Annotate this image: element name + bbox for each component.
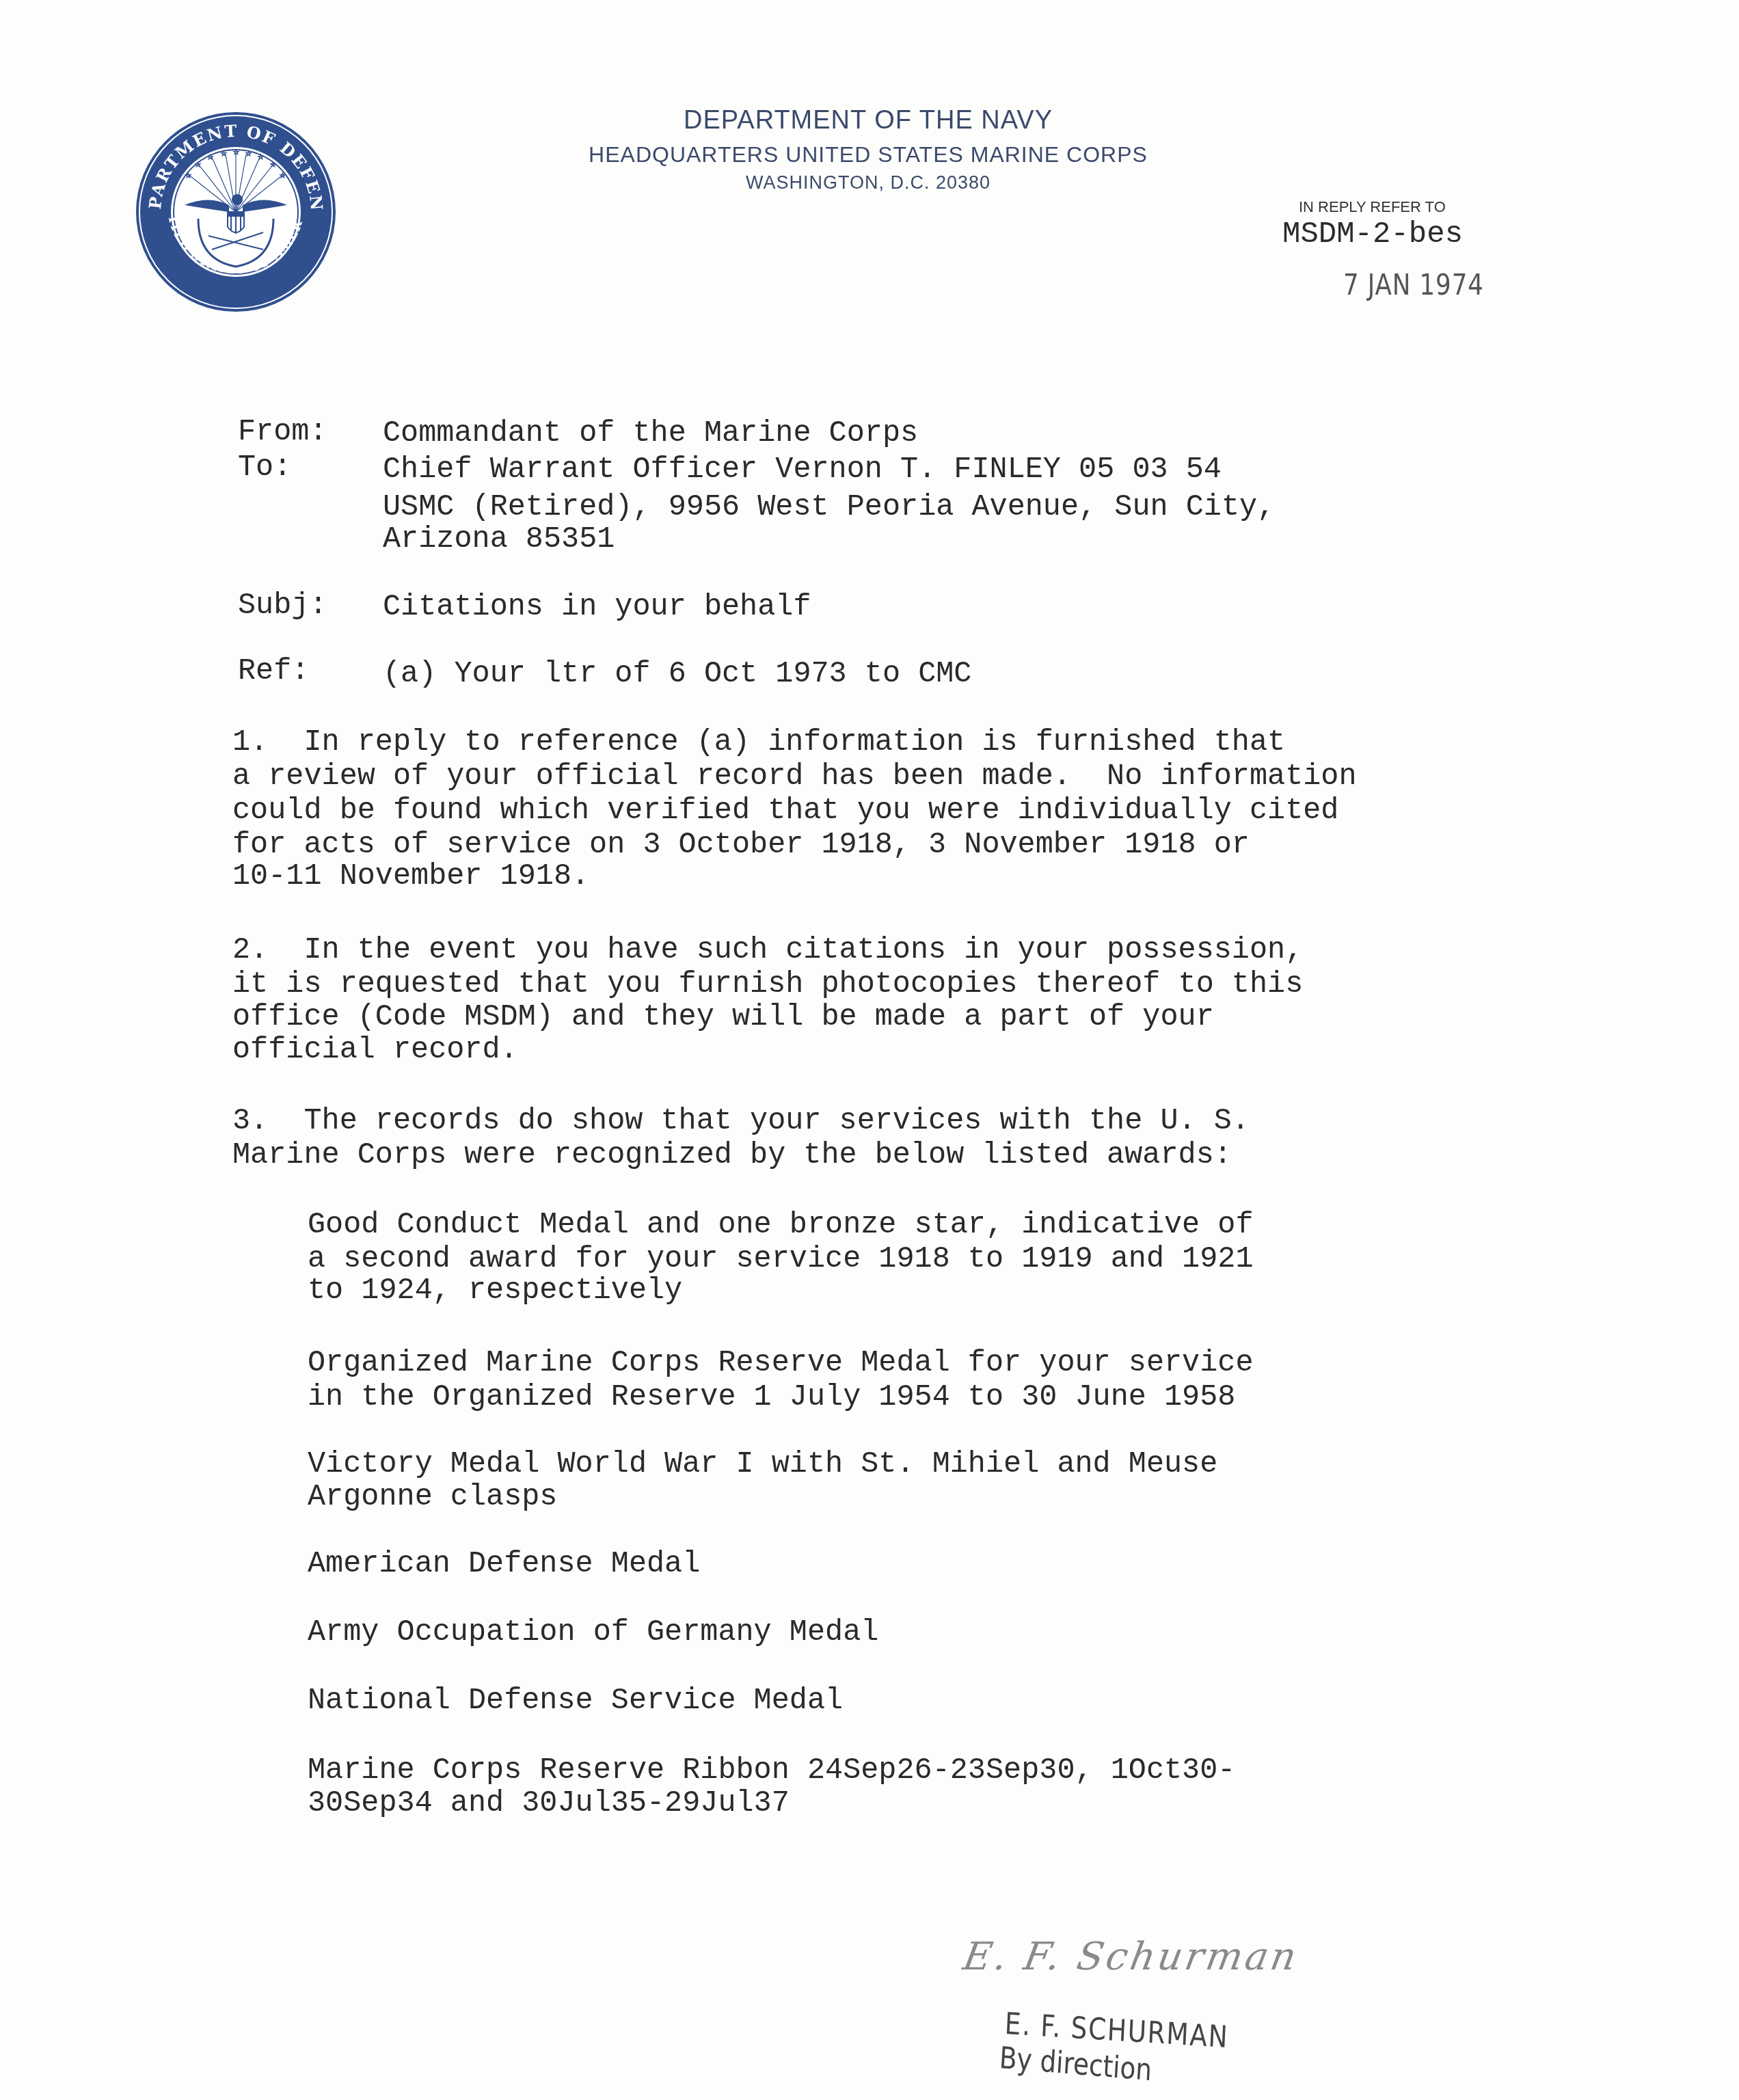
- svg-text:☆: ☆: [185, 172, 191, 180]
- award-reserve-ribbon: Marine Corps Reserve Ribbon 24Sep26-23Se…: [308, 1754, 1235, 1788]
- svg-text:☆: ☆: [221, 150, 227, 158]
- award-victory-medal: Victory Medal World War I with St. Mihie…: [308, 1448, 1217, 1482]
- svg-text:☆: ☆: [207, 154, 213, 161]
- subject-value: Citations in your behalf: [383, 591, 811, 625]
- date-stamp: 7 JAN 1974: [1343, 268, 1484, 301]
- paragraph-1-line: 10-11 November 1918.: [232, 860, 589, 894]
- paragraph-1-line: a review of your official record has bee…: [232, 760, 1357, 794]
- svg-text:☆: ☆: [195, 161, 201, 169]
- to-line-1: Chief Warrant Officer Vernon T. FINLEY 0…: [383, 453, 1222, 487]
- svg-text:☆: ☆: [258, 154, 264, 161]
- to-line-3: Arizona 85351: [383, 523, 615, 557]
- to-line-2: USMC (Retired), 9956 West Peoria Avenue,…: [383, 491, 1275, 525]
- award-good-conduct: a second award for your service 1918 to …: [308, 1243, 1254, 1277]
- award-army-occupation: Army Occupation of Germany Medal: [308, 1616, 878, 1650]
- svg-text:☆: ☆: [233, 149, 239, 157]
- award-american-defense: American Defense Medal: [308, 1548, 700, 1582]
- svg-text:☆: ☆: [280, 172, 286, 180]
- letterhead-address: WASHINGTON, D.C. 20380: [506, 172, 1230, 193]
- reference-value: (a) Your ltr of 6 Oct 1973 to CMC: [383, 658, 971, 692]
- award-victory-medal: Argonne clasps: [308, 1481, 557, 1515]
- handwritten-signature: E. F. Schurman: [960, 1935, 1302, 1979]
- paragraph-1-line: could be found which verified that you w…: [232, 794, 1338, 829]
- paragraph-2-line: 2. In the event you have such citations …: [232, 934, 1303, 968]
- svg-text:☆: ☆: [245, 150, 252, 158]
- subject-label: Subj:: [238, 589, 327, 623]
- paragraph-2-line: official record.: [232, 1034, 518, 1068]
- letterhead-department: DEPARTMENT OF THE NAVY: [506, 106, 1230, 135]
- award-good-conduct: Good Conduct Medal and one bronze star, …: [308, 1209, 1254, 1243]
- award-reserve-ribbon: 30Sep34 and 30Jul35-29Jul37: [308, 1787, 790, 1821]
- department-of-defense-seal-icon: DEPARTMENT OF DEFENSE UNITED STATES OF A…: [133, 109, 338, 314]
- svg-text:☆: ☆: [270, 161, 276, 169]
- reply-refer-label: IN REPLY REFER TO: [1299, 198, 1446, 216]
- reply-refer-code: MSDM-2-bes: [1282, 217, 1463, 252]
- paragraph-3-line: 3. The records do show that your service…: [232, 1105, 1250, 1139]
- award-national-defense: National Defense Service Medal: [308, 1684, 843, 1719]
- to-label: To:: [238, 451, 291, 485]
- letterhead-headquarters: HEADQUARTERS UNITED STATES MARINE CORPS: [506, 142, 1230, 167]
- award-good-conduct: to 1924, respectively: [308, 1274, 682, 1308]
- paragraph-1-line: 1. In reply to reference (a) information…: [232, 726, 1285, 760]
- paragraph-1-line: for acts of service on 3 October 1918, 3…: [232, 829, 1250, 863]
- from-value: Commandant of the Marine Corps: [383, 417, 918, 451]
- award-organized-reserve: in the Organized Reserve 1 July 1954 to …: [308, 1381, 1235, 1415]
- letter-page: DEPARTMENT OF DEFENSE UNITED STATES OF A…: [0, 0, 1739, 2100]
- paragraph-2-line: it is requested that you furnish photoco…: [232, 968, 1303, 1002]
- paragraph-2-line: office (Code MSDM) and they will be made…: [232, 1001, 1214, 1035]
- from-label: From:: [238, 416, 327, 450]
- reference-label: Ref:: [238, 655, 309, 689]
- paragraph-3-line: Marine Corps were recognized by the belo…: [232, 1139, 1232, 1173]
- award-organized-reserve: Organized Marine Corps Reserve Medal for…: [308, 1347, 1254, 1381]
